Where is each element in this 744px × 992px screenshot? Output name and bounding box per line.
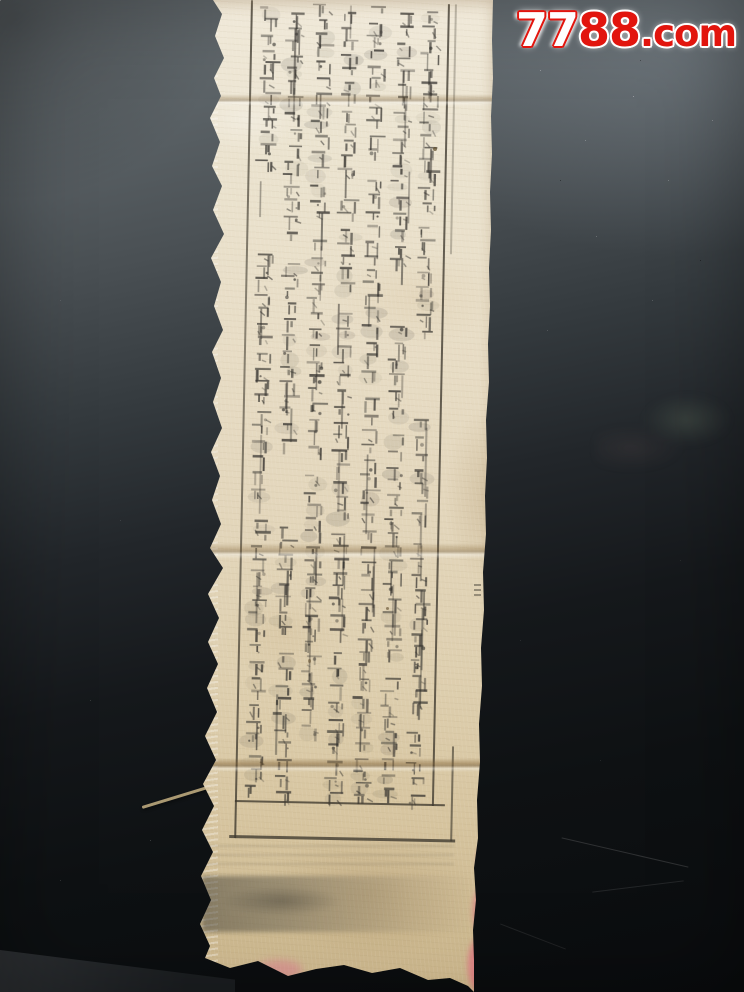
- watermark-digits-outline: 77: [516, 4, 578, 56]
- watermark-domain-suffix: .com: [640, 8, 736, 60]
- manuscript-paper: [190, 0, 502, 992]
- watermark-digits-solid: 88: [578, 4, 640, 56]
- photo-scene: 7788.com: [0, 0, 744, 992]
- paper-shading: [190, 0, 502, 992]
- watermark-7788: 7788.com: [516, 4, 736, 60]
